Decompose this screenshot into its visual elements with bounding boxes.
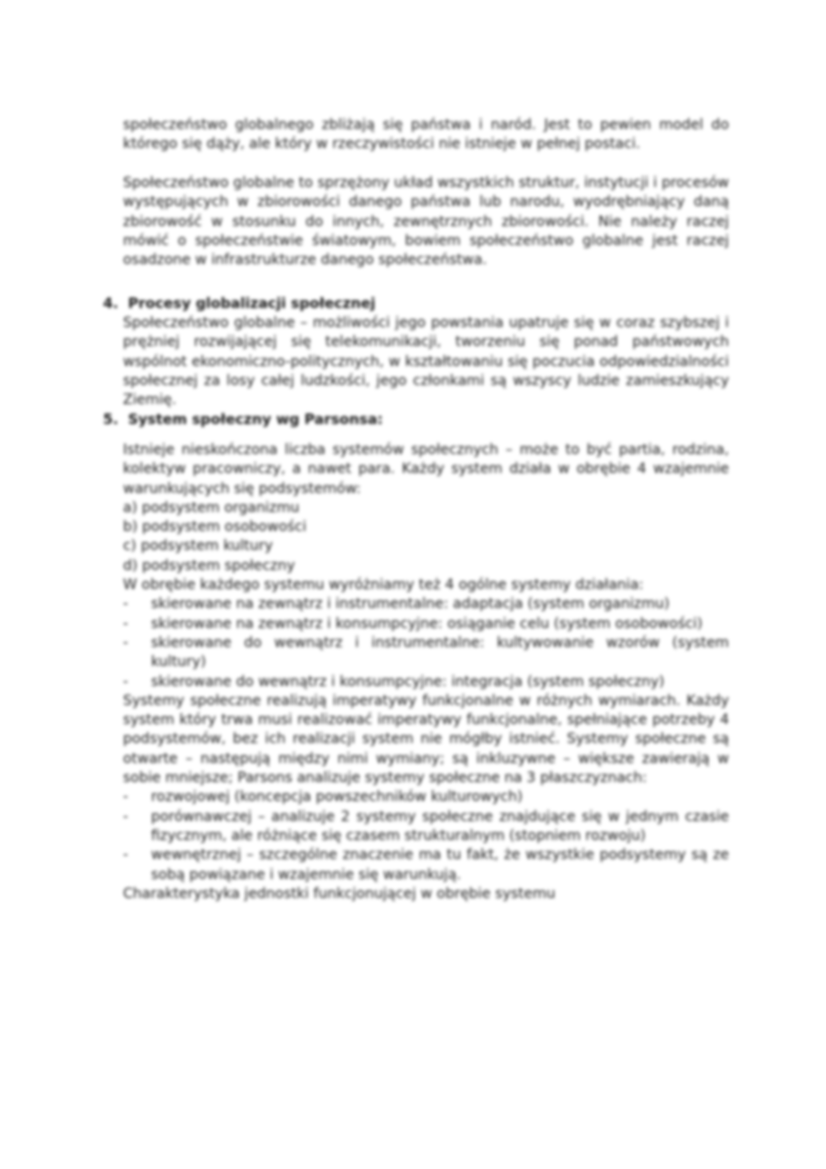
plane-list-item: - rozwojowej (koncepcja powszechników ku… <box>123 788 729 807</box>
paragraph-text: społeczeństwo globalnego zbliżają się pa… <box>123 116 729 155</box>
paragraph-text: Charakterystyka jednostki funkcjonującej… <box>123 885 729 904</box>
list-item-text: porównawczej – analizuje 2 systemy społe… <box>151 808 729 847</box>
paragraph-text: Istnieje nieskończona liczba systemów sp… <box>123 441 729 499</box>
list-item-text: skierowane na zewnątrz i instrumentalne:… <box>151 595 729 614</box>
paragraph-text: Systemy społeczne realizują imperatywy f… <box>123 692 729 788</box>
section-number: 5. <box>103 411 123 430</box>
list-item-text: skierowane do wewnątrz i instrumentalne:… <box>151 634 729 673</box>
document-page: społeczeństwo globalnego zbliżają się pa… <box>0 0 826 1169</box>
list-item-text: skierowane na zewnątrz i konsumpcyjne: o… <box>151 615 729 634</box>
action-list-item: - skierowane do wewnątrz i konsumpcyjne:… <box>123 673 729 692</box>
action-list-item: - skierowane na zewnątrz i instrumentaln… <box>123 595 729 614</box>
dash-bullet: - <box>123 788 151 807</box>
paragraph-text: Społeczeństwo globalne – możliwości jego… <box>123 314 729 410</box>
dash-bullet: - <box>123 846 151 885</box>
dash-bullet: - <box>123 673 151 692</box>
plane-list-item: - porównawczej – analizuje 2 systemy spo… <box>123 808 729 847</box>
action-list-item: - skierowane na zewnątrz i konsumpcyjne:… <box>123 615 729 634</box>
section-5-body: Istnieje nieskończona liczba systemów sp… <box>123 441 729 904</box>
dash-bullet: - <box>123 808 151 847</box>
plane-list-item: - wewnętrznej – szczególne znaczenie ma … <box>123 846 729 885</box>
subsystem-item: c) podsystem kultury <box>123 537 729 556</box>
paragraph-text: W obrębie każdego systemu wyróżniamy też… <box>123 576 729 595</box>
section-number: 4. <box>103 295 123 314</box>
dash-bullet: - <box>123 634 151 673</box>
intro-paragraph-2: Społeczeństwo globalne to sprzężony ukła… <box>123 174 729 270</box>
section-title: Procesy globalizacji społecznej <box>128 296 375 312</box>
action-list-item: - skierowane do wewnątrz i instrumentaln… <box>123 634 729 673</box>
dash-bullet: - <box>123 595 151 614</box>
subsystem-item: b) podsystem osobowości <box>123 518 729 537</box>
list-item-text: rozwojowej (koncepcja powszechników kult… <box>151 788 729 807</box>
list-item-text: skierowane do wewnątrz i konsumpcyjne: i… <box>151 673 729 692</box>
intro-paragraph-1: społeczeństwo globalnego zbliżają się pa… <box>123 116 729 155</box>
subsystem-item: a) podsystem organizmu <box>123 499 729 518</box>
section-title: System społeczny wg Parsonsa: <box>128 412 383 428</box>
paragraph-text: Społeczeństwo globalne to sprzężony ukła… <box>123 174 729 270</box>
dash-bullet: - <box>123 615 151 634</box>
section-5-heading: 5. System społeczny wg Parsonsa: <box>103 411 383 430</box>
section-4-body: Społeczeństwo globalne – możliwości jego… <box>123 314 729 410</box>
list-item-text: wewnętrznej – szczególne znaczenie ma tu… <box>151 846 729 885</box>
subsystem-item: d) podsystem społeczny <box>123 557 729 576</box>
section-4-heading: 4. Procesy globalizacji społecznej <box>103 295 375 314</box>
